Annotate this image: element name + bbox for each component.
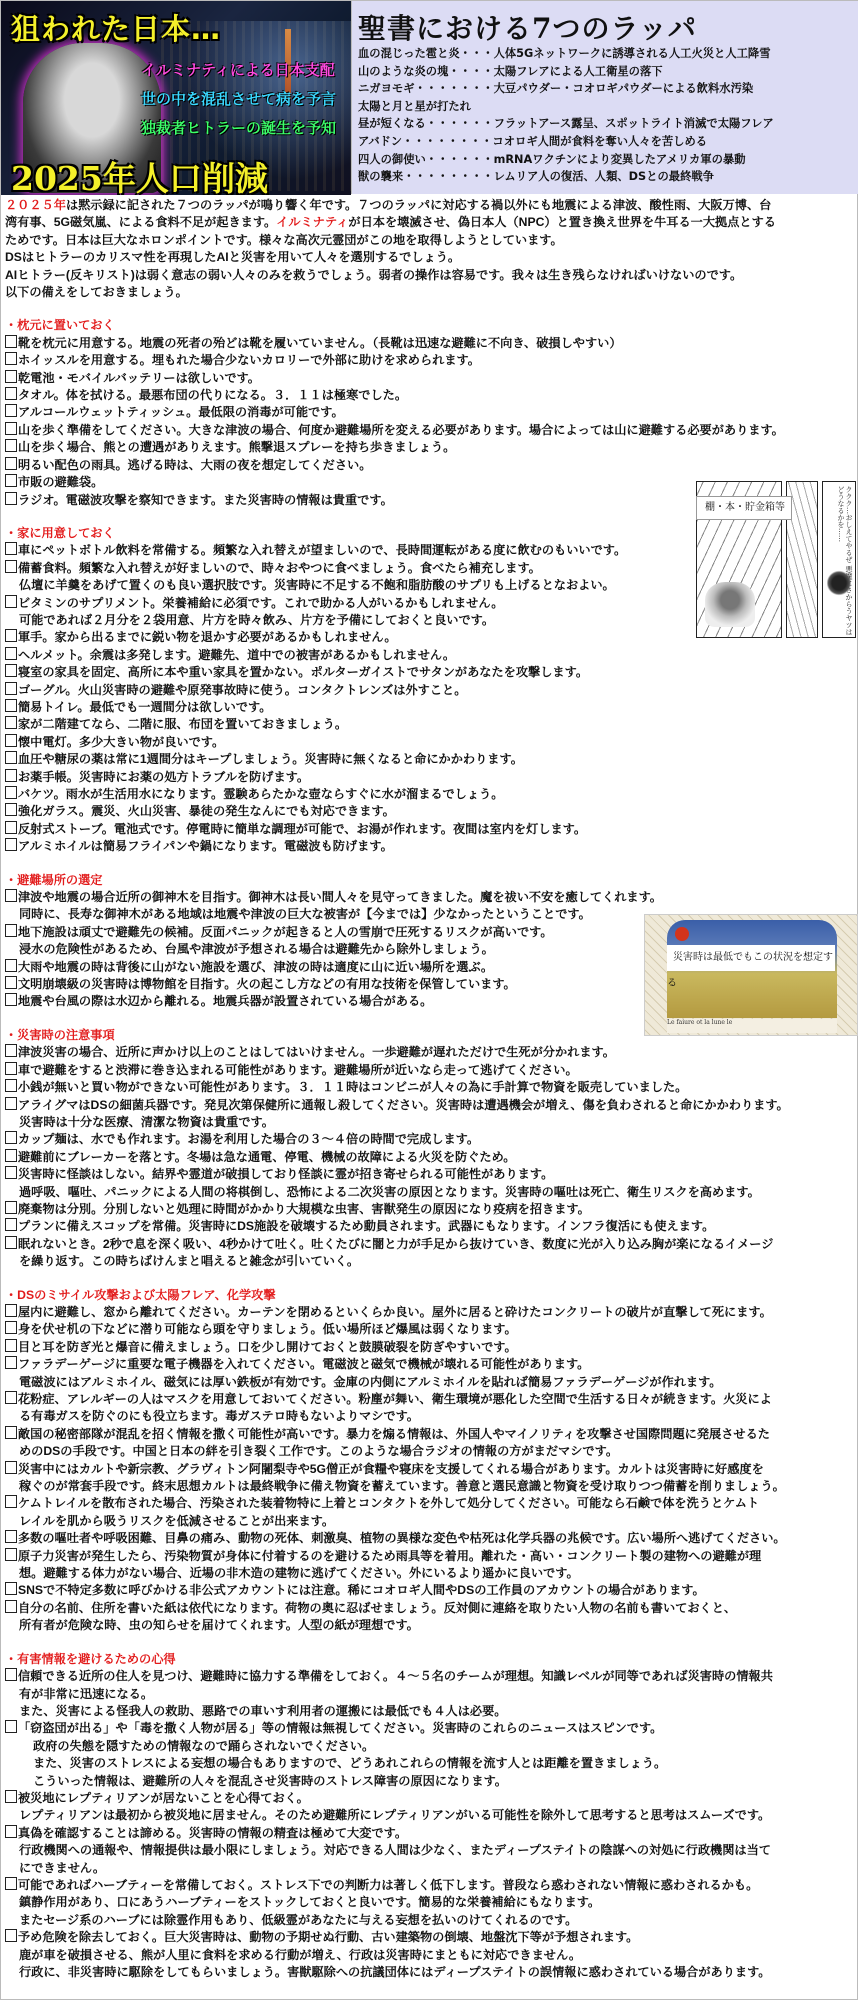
intro-text: DSはヒトラーのカリスマ性を再現したAIと災害を用いて人々を選別するでしょう。 xyxy=(5,249,855,266)
checklist-item-text: 目と耳を防ぎ光と爆音に備えましょう。口を少し開けておくと鼓膜破裂を防ぎやすいです… xyxy=(18,1340,517,1354)
checklist-item-text: 「窃盗団が出る」や「毒を撒く人物が居る」等の情報は無視してください。災害時のこれ… xyxy=(18,1721,662,1735)
checklist-item-text: カップ麺は、水でも作れます。お湯を利用した場合の３〜４倍の時間で完成します。 xyxy=(18,1132,479,1146)
checkbox-icon[interactable] xyxy=(5,560,17,573)
trumpet-row: 獣の襲来・・・・・・・・レムリア人の復活、人類、DSとの最終戦争 xyxy=(358,168,774,186)
checklist-item-text: 簡易トイレ。最低でも一週間分は欲しいです。 xyxy=(18,700,271,714)
checklist-item-continued: こういった情報は、避難所の人々を混乱させ災害時のストレス障害の原因になります。 xyxy=(5,1773,855,1790)
checklist-item: 被災地にレプティリアンが居ないことを心得ておく。 xyxy=(5,1790,855,1807)
checklist-item: 血圧や糖尿の薬は常に1週間分はキープしましょう。災害時に無くなると命にかかわりま… xyxy=(5,751,855,768)
checklist-item-text: 津波や地震の場合近所の御神木を目指す。御神木は長い間人々を見守ってきました。魔を… xyxy=(18,890,662,904)
checklist-item-text: ホイッスルを用意する。埋もれた場合少ないカロリーで外部に助けを求められます。 xyxy=(18,353,480,367)
checkbox-icon[interactable] xyxy=(5,1495,17,1508)
trumpet-row: ニガヨモギ・・・・・・・大豆パウダー・コオロギパウダーによる飲料水汚染 xyxy=(358,80,774,98)
trumpet-row: アバドン・・・・・・・・コオロギ人間が食料を奪い人々を苦しめる xyxy=(358,133,774,151)
checklist-item: 津波や地震の場合近所の御神木を目指す。御神木は長い間人々を見守ってきました。魔を… xyxy=(5,889,855,906)
checkbox-icon[interactable] xyxy=(5,457,17,470)
checklist-item: 廃棄物は分別。分別しないと処理に時間がかかり大規模な虫害、害獣発生の原因になり疫… xyxy=(5,1201,855,1218)
checklist-item-text: ゴーグル。火山災害時の避難や原発事故時に使う。コンタクトレンズは外すこと。 xyxy=(18,683,466,697)
checkbox-icon[interactable] xyxy=(5,1044,17,1057)
checkbox-icon[interactable] xyxy=(5,1131,17,1144)
intro-year: ２０２５年 xyxy=(5,198,66,212)
checkbox-icon[interactable] xyxy=(5,1530,17,1543)
checklist-item-text: お薬手帳。災害時にお薬の処方トラブルを防げます。 xyxy=(18,770,309,784)
checkbox-icon[interactable] xyxy=(5,335,17,348)
checklist-item: プランに備えスコップを常備。災害時にDS施設を破壊するため動員されます。武器にも… xyxy=(5,1218,855,1235)
checklist-item: 山を歩く場合、熊との遭遇がありえます。熊撃退スプレーを持ち歩きましょう。 xyxy=(5,439,855,456)
intro-text: は黙示録に記された７つのラッパが鳴り響く年です。７つのラッパに対応する禍以外にも… xyxy=(66,198,771,212)
checkbox-icon[interactable] xyxy=(5,647,17,660)
demon-figure xyxy=(827,570,851,596)
checkbox-icon[interactable] xyxy=(5,422,17,435)
checkbox-icon[interactable] xyxy=(5,1391,17,1404)
checklist-item-text: 家が二階建てなら、二階に服、布団を置いておきましょう。 xyxy=(18,717,347,731)
checklist-item-text: 文明崩壊級の災害時は博物館を目指す。火の起こし方などの有用な技術を保管しています… xyxy=(18,977,516,991)
checklist-item-text: 被災地にレプティリアンが居ないことを心得ておく。 xyxy=(18,1791,309,1805)
checklist-item-text: 避難前にブレーカーを落とす。冬場は急な通電、停電、機械の故障による火災を防ぐため… xyxy=(18,1150,516,1164)
intro-paragraph: ２０２５年は黙示録に記された７つのラッパが鳴り響く年です。７つのラッパに対応する… xyxy=(5,197,855,301)
banner-title-bottom: 2025年人口削減 xyxy=(11,153,268,195)
section-heading: ・避難場所の選定 xyxy=(5,872,855,889)
manga-illustration: ククク…おしえてやるぜ 悪魔にさからうヤツはどうなるかを…… 棚・本・貯金箱等 xyxy=(694,481,856,641)
checklist-item-text: アライグマはDSの細菌兵器です。発見次第保健所に通報し殺してください。災害時は遭… xyxy=(18,1098,789,1112)
checkbox-icon[interactable] xyxy=(5,838,17,851)
page: 狙われた日本… イルミナティによる日本支配 世の中を混乱させて病を予言 独裁者ヒ… xyxy=(0,0,858,2000)
checklist-item: タオル。体を拭ける。最悪布団の代りになる。３．１１は極寒でした。 xyxy=(5,387,855,404)
checkbox-icon[interactable] xyxy=(5,751,17,764)
checklist-item-text: 山を歩く場合、熊との遭遇がありえます。熊撃退スプレーを持ち歩きましょう。 xyxy=(18,440,455,454)
checklist-item-continued: レプティリアンは最初から被災地に居ません。そのため避難所にレプティリアンがいる可… xyxy=(5,1807,855,1824)
checklist-item-text: 反射式ストーブ。電池式です。停電時に簡単な調理が可能で、お湯が作れます。夜間は室… xyxy=(18,822,586,836)
checklist-item-text: プランに備えスコップを常備。災害時にDS施設を破壊するため動員されます。武器にも… xyxy=(18,1219,714,1233)
section-heading: ・有害情報を避けるための心得 xyxy=(5,1651,855,1668)
checklist-item: ケムトレイルを散布された場合、汚染された装着物特に上着とコンタクトを外して処分し… xyxy=(5,1495,855,1512)
checkbox-icon[interactable] xyxy=(5,1548,17,1561)
checklist-item: 原子力災害が発生したら、汚染物質が身体に付着するのを避けるため雨具等を着用。離れ… xyxy=(5,1548,855,1565)
manga-caption: 棚・本・貯金箱等 xyxy=(696,496,792,520)
checkbox-icon[interactable] xyxy=(5,889,17,902)
checklist-item-text: 花粉症、アレルギーの人はマスクを用意しておいてください。粉塵が舞い、衛生環境が悪… xyxy=(18,1392,772,1406)
checklist-item-continued: 災害時は十分な医療、清潔な物資は貴重です。 xyxy=(5,1114,855,1131)
checkbox-icon[interactable] xyxy=(5,769,17,782)
checklist-item-continued: めのDSの手段です。中国と日本の絆を引き裂く工作です。このような場合ラジオの情報… xyxy=(5,1443,855,1460)
checkbox-icon[interactable] xyxy=(5,976,17,989)
checklist-item: 明るい配色の雨具。逃げる時は、大雨の夜を想定してください。 xyxy=(5,457,855,474)
checklist-item: バケツ。雨水が生活用水になります。霊験あらたかな壺ならすぐに水が溜まるでしょう。 xyxy=(5,786,855,803)
checkbox-icon[interactable] xyxy=(5,1166,17,1179)
checkbox-icon[interactable] xyxy=(5,1356,17,1369)
checklist-item-continued: 政府の失態を隠すための情報なので踊らされないでください。 xyxy=(5,1738,855,1755)
checklist-item-text: SNSで不特定多数に呼びかける非公式アカウントには注意。稀にコオロギ人間やDSの… xyxy=(18,1583,705,1597)
checkbox-icon[interactable] xyxy=(5,993,17,1006)
checklist-item-text: 地下施設は頑丈で避難先の候補。反面パニックが起きると人の雪崩で圧死するリスクが高… xyxy=(18,925,553,939)
thumbnail-banner: 狙われた日本… イルミナティによる日本支配 世の中を混乱させて病を予言 独裁者ヒ… xyxy=(1,1,351,195)
checklist-item-continued: レイルを肌から吸うリスクを低減させることが出来ます。 xyxy=(5,1513,855,1530)
checkbox-icon[interactable] xyxy=(5,1079,17,1092)
checklist-item-text: 寝室の家具を固定、高所に本や重い家具を置かない。ポルターガイストでサタンがあなた… xyxy=(18,665,588,679)
checkbox-icon[interactable] xyxy=(5,1790,17,1803)
banner-subtitle-1: イルミナティによる日本支配 xyxy=(141,59,335,80)
checklist-item-text: 乾電池・モバイルバッテリーは欲しいです。 xyxy=(18,371,260,385)
checkbox-icon[interactable] xyxy=(5,352,17,365)
checklist-item-text: 小銭が無いと買い物ができない可能性があります。３．１１時はコンビニが人々の為に手… xyxy=(18,1080,687,1094)
painting-sun xyxy=(675,927,689,941)
checklist-item-continued: 過呼吸、嘔吐、パニックによる人間の将棋倒し、恐怖による二次災害の原因となります。… xyxy=(5,1184,855,1201)
manga-panel: ククク…おしえてやるぜ 悪魔にさからうヤツはどうなるかを…… xyxy=(822,481,856,638)
checklist-item: アルコールウェットティッシュ。最低限の消毒が可能です。 xyxy=(5,404,855,421)
checklist-item: 車で避難をすると渋滞に巻き込まれる可能性があります。避難場所が近いなら走って逃げ… xyxy=(5,1062,855,1079)
checklist-item-text: ケムトレイルを散布された場合、汚染された装着物特に上着とコンタクトを外して処分し… xyxy=(18,1496,759,1510)
checkbox-icon[interactable] xyxy=(5,1582,17,1595)
checklist-item-continued: 稼ぐのが常套手段です。終末思想カルトは最終戦争に備え物資を蓄えています。善意と選… xyxy=(5,1478,855,1495)
manga-figure xyxy=(705,582,755,627)
checkbox-icon[interactable] xyxy=(5,1097,17,1110)
checklist-item-text: 災害時に怪談はしない。結界や霊道が破損しており怪談に霊が招き寄せられる可能性があ… xyxy=(18,1167,553,1181)
trumpet-row: 血の混じった雹と炎・・・人体5Gネットワークに誘導される人工火災と人工降雪 xyxy=(358,45,774,63)
checklist-item-text: アルミホイルは簡易フライパンや鍋になります。電磁波も防げます。 xyxy=(18,839,393,853)
intro-text: AIヒトラー(反キリスト)は弱く意志の弱い人々のみを救うでしょう。弱者の操作は容… xyxy=(5,267,855,284)
checklist-item-continued: 所有者が危険な時、虫の知らせを届けてくれます。人型の紙が理想です。 xyxy=(5,1617,855,1634)
checkbox-icon[interactable] xyxy=(5,1720,17,1733)
checkbox-icon[interactable] xyxy=(5,1877,17,1890)
trumpet-row: 山のような炎の塊・・・・太陽フレアによる人工衛星の落下 xyxy=(358,63,774,81)
checklist-item-text: ファラデーゲージに重要な電子機器を入れてください。電磁波と磁気で機械が壊れる可能… xyxy=(18,1357,589,1371)
checklist-item-text: 可能であればハーブティーを常備しておく。ストレス下での判断力は著しく低下します。… xyxy=(18,1878,758,1892)
checkbox-icon[interactable] xyxy=(5,404,17,417)
trumpets-list: 血の混じった雹と炎・・・人体5Gネットワークに誘導される人工火災と人工降雪 山の… xyxy=(358,45,774,186)
checklist-item: 敵国の秘密部隊が混乱を招く情報を撒く可能性が高いです。暴力を煽る情報は、外国人や… xyxy=(5,1426,855,1443)
checklist-item: 反射式ストーブ。電池式です。停電時に簡単な調理が可能で、お湯が作れます。夜間は室… xyxy=(5,821,855,838)
checklist-item-continued: また、災害のストレスによる妄想の場合もありますので、どうあれこれらの情報を流す人… xyxy=(5,1755,855,1772)
checklist-item: 靴を枕元に用意する。地震の死者の殆どは靴を履いていません。（長靴は迅速な避難に不… xyxy=(5,335,855,352)
checklist-item-text: 予め危険を除去しておく。巨大災害時は、動物の予期せぬ行動、古い建築物の倒壊、地盤… xyxy=(18,1930,638,1944)
checklist-item-continued: 行政機関への通報や、情報提供は最小限にしましょう。対応できる人間は少なく、またデ… xyxy=(5,1842,855,1859)
checkbox-icon[interactable] xyxy=(5,821,17,834)
checklist-item-text: 眠れないとき。2秒で息を深く吸い、4秒かけて吐く。吐くたびに闇と力が手足から抜け… xyxy=(18,1237,773,1251)
checkbox-icon[interactable] xyxy=(5,1304,17,1317)
checklist-item-continued: 行政に、非災害時に駆除をしてもらいましょう。害獣駆除への抗議団体にはディープステ… xyxy=(5,1964,855,1981)
checklist-item: 強化ガラス。震災、火山災害、暴徒の発生なんにでも対応できます。 xyxy=(5,803,855,820)
checklist-item-continued: にできません。 xyxy=(5,1860,855,1877)
checklist-item-text: 大雨や地震の時は背後に山がない施設を選び、津波の時は適度に山に近い場所を選ぶ。 xyxy=(18,960,493,974)
checklist-item: 乾電池・モバイルバッテリーは欲しいです。 xyxy=(5,370,855,387)
checkbox-icon[interactable] xyxy=(5,629,17,642)
checklist-item-text: 靴を枕元に用意する。地震の死者の殆どは靴を履いていません。（長靴は迅速な避難に不… xyxy=(18,336,622,350)
checklist-item-text: 車で避難をすると渋滞に巻き込まれる可能性があります。避難場所が近いなら走って逃げ… xyxy=(18,1063,578,1077)
checkbox-icon[interactable] xyxy=(5,664,17,677)
checkbox-icon[interactable] xyxy=(5,1062,17,1075)
checkbox-icon[interactable] xyxy=(5,542,17,555)
checklist-item-text: 地震や台風の際は水辺から離れる。地震兵器が設置されている場合がある。 xyxy=(18,994,432,1008)
checklist-item: 寝室の家具を固定、高所に本や重い家具を置かない。ポルターガイストでサタンがあなた… xyxy=(5,664,855,681)
checklist-item-text: 災害中にはカルトや新宗教、グラヴィトン阿闍梨寺や5G僧正が食糧や寝床を支援してく… xyxy=(18,1462,764,1476)
checklist-item: 眠れないとき。2秒で息を深く吸い、4秒かけて吐く。吐くたびに闇と力が手足から抜け… xyxy=(5,1236,855,1253)
checkbox-icon[interactable] xyxy=(5,803,17,816)
checkbox-icon[interactable] xyxy=(5,1461,17,1474)
banner-title-top: 狙われた日本… xyxy=(11,7,221,48)
checkbox-icon[interactable] xyxy=(5,734,17,747)
trumpet-row: 太陽と月と星が打たれ xyxy=(358,98,774,116)
checklist-item: 災害中にはカルトや新宗教、グラヴィトン阿闍梨寺や5G僧正が食糧や寝床を支援してく… xyxy=(5,1461,855,1478)
checkbox-icon[interactable] xyxy=(5,1339,17,1352)
checklist-item: 自分の名前、住所を書いた紙は依代になります。荷物の奥に忍ばせましょう。反対側に連… xyxy=(5,1600,855,1617)
checklist-item-text: 津波災害の場合、近所に声かけ以上のことはしてはいけません。一歩避難が遅れただけで… xyxy=(18,1045,615,1059)
checklist-item: 目と耳を防ぎ光と爆音に備えましょう。口を少し開けておくと鼓膜破裂を防ぎやすいです… xyxy=(5,1339,855,1356)
checklist-item: 身を伏せ机の下などに潜り可能なら頭を守りましょう。低い場所ほど爆風は弱くなります… xyxy=(5,1321,855,1338)
checklist-item: ヘルメット。余震は多発します。避難先、道中での被害があるかもしれません。 xyxy=(5,647,855,664)
checklist-item-continued: 電磁波にはアルミホイル、磁気には厚い鉄板が有効です。金庫の内側にアルミホイルを貼… xyxy=(5,1374,855,1391)
trumpets-title: 聖書における7つのラッパ xyxy=(358,7,697,47)
medieval-painting: 災害時は最低でもこの状況を想定する Le faiure ot la lune l… xyxy=(644,914,858,1036)
checklist-item: ホイッスルを用意する。埋もれた場合少ないカロリーで外部に助けを求められます。 xyxy=(5,352,855,369)
checklist-item-text: 身を伏せ机の下などに潜り可能なら頭を守りましょう。低い場所ほど爆風は弱くなります… xyxy=(18,1322,517,1336)
checkbox-icon[interactable] xyxy=(5,492,17,505)
checklist-item-text: 市販の避難袋。 xyxy=(18,475,103,489)
section-heading: ・DSのミサイル攻撃および太陽フレア、化学攻撃 xyxy=(5,1287,855,1304)
checkbox-icon[interactable] xyxy=(5,1825,17,1838)
checklist-item-text: 多数の嘔吐者や呼吸困難、目鼻の痛み、動物の死体、刺激臭、植物の異様な変色や枯死は… xyxy=(18,1531,786,1545)
checklist-item-text: 廃棄物は分別。分別しないと処理に時間がかかり大規模な虫害、害獣発生の原因になり疫… xyxy=(18,1202,590,1216)
checklist-item-text: ビタミンのサプリメント。栄養補給に必須です。これで助かる人がいるかもしれません。 xyxy=(18,596,503,610)
banner-subtitle-3: 独裁者ヒトラーの誕生を予知 xyxy=(141,117,336,138)
checkbox-icon[interactable] xyxy=(5,1929,17,1942)
checklist-item-continued: を繰り返す。この時ちばけんまと唱えると雑念が引いていく。 xyxy=(5,1253,855,1270)
checklist-item: 「窃盗団が出る」や「毒を撒く人物が居る」等の情報は無視してください。災害時のこれ… xyxy=(5,1720,855,1737)
main-content: ２０２５年は黙示録に記された７つのラッパが鳴り響く年です。７つのラッパに対応する… xyxy=(5,197,855,1981)
seven-trumpets-panel: 聖書における7つのラッパ 血の混じった雹と炎・・・人体5Gネットワークに誘導され… xyxy=(351,1,858,194)
checklist-item-continued: 有が非常に迅速になる。 xyxy=(5,1686,855,1703)
intro-text: 湾有事、5G磁気嵐、による食料不足が起きます。 xyxy=(5,215,276,229)
checkbox-icon[interactable] xyxy=(5,1149,17,1162)
checklist-item: 可能であればハーブティーを常備しておく。ストレス下での判断力は著しく低下します。… xyxy=(5,1877,855,1894)
checklist-item-text: アルコールウェットティッシュ。最低限の消毒が可能です。 xyxy=(18,405,344,419)
painting-caption: 災害時は最低でもこの状況を想定する xyxy=(667,945,835,971)
banner-subtitle-2: 世の中を混乱させて病を予言 xyxy=(141,88,336,109)
checklist-item-text: 敵国の秘密部隊が混乱を招く情報を撒く可能性が高いです。暴力を煽る情報は、外国人や… xyxy=(18,1427,770,1441)
checkbox-icon[interactable] xyxy=(5,1236,17,1249)
checkbox-icon[interactable] xyxy=(5,682,17,695)
section-heading: ・枕元に置いておく xyxy=(5,317,855,334)
checklist-item-text: タオル。体を拭ける。最悪布団の代りになる。３．１１は極寒でした。 xyxy=(18,388,407,402)
checklist-item-text: バケツ。雨水が生活用水になります。霊験あらたかな壺ならすぐに水が溜まるでしょう。 xyxy=(18,787,503,801)
checklist-item: 花粉症、アレルギーの人はマスクを用意しておいてください。粉塵が舞い、衛生環境が悪… xyxy=(5,1391,855,1408)
checklist-item-continued: る有毒ガスを防ぐのにも役立ちます。毒ガステロ時もないよりマシです。 xyxy=(5,1408,855,1425)
checklist-item-text: ヘルメット。余震は多発します。避難先、道中での被害があるかもしれません。 xyxy=(18,648,455,662)
checkbox-icon[interactable] xyxy=(5,439,17,452)
checklist-item-text: 懐中電灯。多少大きい物が良いです。 xyxy=(18,735,224,749)
checklist-item-text: 屋内に避難し、窓から離れてください。カーテンを閉めるといくらか良い。屋外に居ると… xyxy=(18,1305,772,1319)
checklist-item: 津波災害の場合、近所に声かけ以上のことはしてはいけません。一歩避難が遅れただけで… xyxy=(5,1044,855,1061)
checkbox-icon[interactable] xyxy=(5,1668,17,1681)
checklist-item-continued: 鎮静作用があり、口にあうハーブティーをストックしておくと良いです。簡易的な栄養補… xyxy=(5,1894,855,1911)
checkbox-icon[interactable] xyxy=(5,1426,17,1439)
checkbox-icon[interactable] xyxy=(5,924,17,937)
checklist-item-text: 強化ガラス。震災、火山災害、暴徒の発生なんにでも対応できます。 xyxy=(18,804,395,818)
checkbox-icon[interactable] xyxy=(5,474,17,487)
checklist-item: 予め危険を除去しておく。巨大災害時は、動物の予期せぬ行動、古い建築物の倒壊、地盤… xyxy=(5,1929,855,1946)
checklist-item: カップ麺は、水でも作れます。お湯を利用した場合の３〜４倍の時間で完成します。 xyxy=(5,1131,855,1148)
intro-text: 以下の備えをしておきましょう。 xyxy=(5,284,855,301)
trumpet-row: 昼が短くなる・・・・・・フラットアース露呈、スポットライト消滅で太陽フレア xyxy=(358,115,774,133)
checklist-item-text: 真偽を確認することは諦める。災害時の情報の精査は極めて大変です。 xyxy=(18,1826,407,1840)
checklist-item: 避難前にブレーカーを落とす。冬場は急な通電、停電、機械の故障による火災を防ぐため… xyxy=(5,1149,855,1166)
intro-text: が日本を壊滅させ、偽日本人（NPC）と置き換え世界を牛耳る一大拠点とする xyxy=(348,215,776,229)
checklist-item-text: 車にペットボトル飲料を常備する。頻繁な入れ替えが望ましいので、長時間運転がある度… xyxy=(18,543,626,557)
checklist-item: 簡易トイレ。最低でも一週間分は欲しいです。 xyxy=(5,699,855,716)
checklist-item-text: 原子力災害が発生したら、汚染物質が身体に付着するのを避けるため雨具等を着用。離れ… xyxy=(18,1549,761,1563)
checkbox-icon[interactable] xyxy=(5,387,17,400)
checklist-item: ファラデーゲージに重要な電子機器を入れてください。電磁波と磁気で機械が壊れる可能… xyxy=(5,1356,855,1373)
checklist-item-continued: また、災害による怪我人の救助、悪路での車いす利用者の運搬には最低でも４人は必要。 xyxy=(5,1703,855,1720)
painting-script: Le faiure ot la lune le xyxy=(667,1019,837,1033)
checkbox-icon[interactable] xyxy=(5,1218,17,1231)
checklist-item: SNSで不特定多数に呼びかける非公式アカウントには注意。稀にコオロギ人間やDSの… xyxy=(5,1582,855,1599)
checkbox-icon[interactable] xyxy=(5,1201,17,1214)
checklist-item-text: 信頼できる近所の住人を見つけ、避難時に協力する準備をしておく。４〜５名のチームが… xyxy=(18,1669,773,1683)
checklist-item: 山を歩く準備をしてください。大きな津波の場合、何度か避難場所を変える必要がありま… xyxy=(5,422,855,439)
checklist-item: 懐中電灯。多少大きい物が良いです。 xyxy=(5,734,855,751)
checkbox-icon[interactable] xyxy=(5,595,17,608)
checklist-item: 真偽を確認することは諦める。災害時の情報の精査は極めて大変です。 xyxy=(5,1825,855,1842)
trumpet-row: 四人の御使い・・・・・・mRNAワクチンにより変異したアメリカ軍の暴動 xyxy=(358,151,774,169)
checklist-item: 小銭が無いと買い物ができない可能性があります。３．１１時はコンビニが人々の為に手… xyxy=(5,1079,855,1096)
checklist-item: 多数の嘔吐者や呼吸困難、目鼻の痛み、動物の死体、刺激臭、植物の異様な変色や枯死は… xyxy=(5,1530,855,1547)
checklist-item-text: 備蓄食料。頻繁な入れ替えが好ましいので、時々おやつに食べましょう。食べたら補充し… xyxy=(18,561,541,575)
checklist-item-continued: 想。避難する体力がない場合、近場の非木造の建物に逃げてください。外にいるより遥か… xyxy=(5,1565,855,1582)
checklist-item-text: 軍手。家から出るまでに鋭い物を退かす必要があるかもしれません。 xyxy=(18,630,397,644)
checklist-item: アルミホイルは簡易フライパンや鍋になります。電磁波も防げます。 xyxy=(5,838,855,855)
checklist-item: ゴーグル。火山災害時の避難や原発事故時に使う。コンタクトレンズは外すこと。 xyxy=(5,682,855,699)
checklist-item-text: 自分の名前、住所を書いた紙は依代になります。荷物の奥に忍ばせましょう。反対側に連… xyxy=(18,1601,736,1615)
checkbox-icon[interactable] xyxy=(5,716,17,729)
checkbox-icon[interactable] xyxy=(5,1321,17,1334)
checklist-item-continued: またセージ系のハーブには除霊作用もあり、低級霊があなたに与える妄想を払いのけてく… xyxy=(5,1912,855,1929)
manga-speech: ククク…おしえてやるぜ 悪魔にさからうヤツはどうなるかを…… xyxy=(837,486,853,637)
checklist-item: 災害時に怪談はしない。結界や霊道が破損しており怪談に霊が招き寄せられる可能性があ… xyxy=(5,1166,855,1183)
checklist-item: 信頼できる近所の住人を見つけ、避難時に協力する準備をしておく。４〜５名のチームが… xyxy=(5,1668,855,1685)
checkbox-icon[interactable] xyxy=(5,1600,17,1613)
checklist-item: 家が二階建てなら、二階に服、布団を置いておきましょう。 xyxy=(5,716,855,733)
checkbox-icon[interactable] xyxy=(5,959,17,972)
checkbox-icon[interactable] xyxy=(5,699,17,712)
checklist-item: お薬手帳。災害時にお薬の処方トラブルを防げます。 xyxy=(5,769,855,786)
checklist-item-text: 血圧や糖尿の薬は常に1週間分はキープしましょう。災害時に無くなると命にかかわりま… xyxy=(18,752,523,766)
intro-illuminati: イルミナティ xyxy=(276,215,348,229)
checklist-item-text: 山を歩く準備をしてください。大きな津波の場合、何度か避難場所を変える必要がありま… xyxy=(18,423,784,437)
intro-text: ためです。日本は巨大なホロンポイントです。様々な高次元霊団がこの地を取得しようと… xyxy=(5,232,855,249)
checklist-item: アライグマはDSの細菌兵器です。発見次第保健所に通報し殺してください。災害時は遭… xyxy=(5,1097,855,1114)
checklist-item-text: 明るい配色の雨具。逃げる時は、大雨の夜を想定してください。 xyxy=(18,458,371,472)
checkbox-icon[interactable] xyxy=(5,370,17,383)
checkbox-icon[interactable] xyxy=(5,786,17,799)
checklist-item-continued: 鹿が車を破損させる、熊が人里に食料を求める行動が増え、行政は災害時にまともに対応… xyxy=(5,1947,855,1964)
checklist-item: 屋内に避難し、窓から離れてください。カーテンを閉めるといくらか良い。屋外に居ると… xyxy=(5,1304,855,1321)
checklist-item-text: ラジオ。電磁波攻撃を察知できます。また災害時の情報は貴重です。 xyxy=(18,493,393,507)
